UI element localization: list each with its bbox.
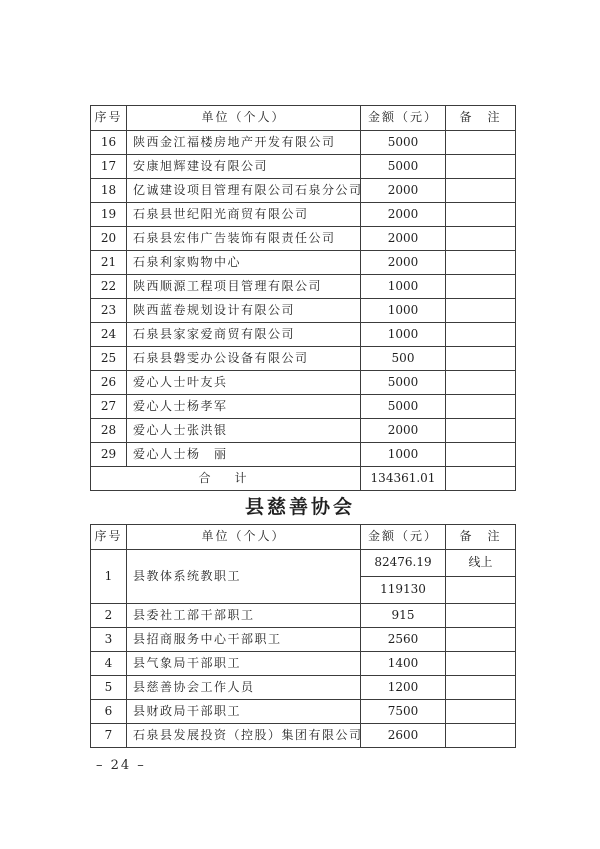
total-label: 合 计 (91, 467, 361, 491)
cell-unit: 石泉县宏伟广告装饰有限责任公司 (127, 227, 361, 251)
cell-note (446, 227, 516, 251)
cell-note (446, 299, 516, 323)
table-row: 3县招商服务中心干部职工2560 (91, 628, 516, 652)
cell-unit: 石泉县世纪阳光商贸有限公司 (127, 203, 361, 227)
cell-no: 19 (91, 203, 127, 227)
cell-amount: 2560 (361, 628, 446, 652)
cell-amount: 7500 (361, 700, 446, 724)
cell-amount: 2600 (361, 724, 446, 748)
cell-unit: 陕西金江福楼房地产开发有限公司 (127, 131, 361, 155)
cell-note (446, 467, 516, 491)
cell-no: 25 (91, 347, 127, 371)
cell-no: 18 (91, 179, 127, 203)
cell-amount: 1000 (361, 299, 446, 323)
header-no: 序号 (91, 106, 127, 131)
cell-note: 线上 (446, 550, 516, 577)
table-row-merged-top: 1 县教体系统教职工 82476.19 线上 (91, 550, 516, 577)
table-row: 16陕西金江福楼房地产开发有限公司5000 (91, 131, 516, 155)
cell-note (446, 179, 516, 203)
table-row: 19石泉县世纪阳光商贸有限公司2000 (91, 203, 516, 227)
cell-no: 24 (91, 323, 127, 347)
cell-amount: 1000 (361, 275, 446, 299)
table-row: 18亿诚建设项目管理有限公司石泉分公司2000 (91, 179, 516, 203)
table-row: 24石泉县家家爱商贸有限公司1000 (91, 323, 516, 347)
cell-amount: 5000 (361, 371, 446, 395)
donation-table-1: 序号 单位（个人） 金额（元） 备 注 16陕西金江福楼房地产开发有限公司500… (90, 105, 516, 491)
cell-note (446, 395, 516, 419)
cell-note (446, 724, 516, 748)
table-header-row: 序号 单位（个人） 金额（元） 备 注 (91, 525, 516, 550)
header-unit: 单位（个人） (127, 525, 361, 550)
cell-unit: 石泉县家家爱商贸有限公司 (127, 323, 361, 347)
header-note: 备 注 (446, 106, 516, 131)
cell-unit: 县招商服务中心干部职工 (127, 628, 361, 652)
cell-unit: 石泉县发展投资（控股）集团有限公司职工 (127, 724, 361, 748)
page-number: – 24 – (96, 758, 146, 773)
cell-note (446, 275, 516, 299)
cell-amount: 1000 (361, 443, 446, 467)
cell-amount: 119130 (361, 577, 446, 604)
cell-unit: 爱心人士叶友兵 (127, 371, 361, 395)
cell-unit: 陕西顺源工程项目管理有限公司 (127, 275, 361, 299)
cell-note (446, 251, 516, 275)
header-unit: 单位（个人） (127, 106, 361, 131)
cell-note (446, 371, 516, 395)
cell-note (446, 628, 516, 652)
cell-note (446, 676, 516, 700)
cell-amount: 915 (361, 604, 446, 628)
cell-unit: 安康旭辉建设有限公司 (127, 155, 361, 179)
cell-no: 7 (91, 724, 127, 748)
cell-no: 2 (91, 604, 127, 628)
cell-unit: 县财政局干部职工 (127, 700, 361, 724)
cell-amount: 5000 (361, 155, 446, 179)
cell-note (446, 419, 516, 443)
table-row: 2县委社工部干部职工915 (91, 604, 516, 628)
table-row: 26爱心人士叶友兵5000 (91, 371, 516, 395)
table-row: 27爱心人士杨孝军5000 (91, 395, 516, 419)
cell-note (446, 347, 516, 371)
table-row: 7石泉县发展投资（控股）集团有限公司职工2600 (91, 724, 516, 748)
cell-no: 26 (91, 371, 127, 395)
table-row: 17安康旭辉建设有限公司5000 (91, 155, 516, 179)
cell-unit: 县委社工部干部职工 (127, 604, 361, 628)
cell-unit: 县教体系统教职工 (127, 550, 361, 604)
table-row: 25石泉县磐雯办公设备有限公司500 (91, 347, 516, 371)
cell-no: 23 (91, 299, 127, 323)
cell-unit: 县慈善协会工作人员 (127, 676, 361, 700)
table-row: 29爱心人士杨 丽1000 (91, 443, 516, 467)
cell-no: 17 (91, 155, 127, 179)
cell-unit: 爱心人士杨 丽 (127, 443, 361, 467)
cell-note (446, 604, 516, 628)
total-amount: 134361.01 (361, 467, 446, 491)
header-note: 备 注 (446, 525, 516, 550)
cell-no: 6 (91, 700, 127, 724)
total-row: 合 计 134361.01 (91, 467, 516, 491)
header-amount: 金额（元） (361, 525, 446, 550)
cell-no: 22 (91, 275, 127, 299)
cell-no: 4 (91, 652, 127, 676)
cell-amount: 500 (361, 347, 446, 371)
table-row: 23陕西蓝卷规划设计有限公司1000 (91, 299, 516, 323)
cell-amount: 1200 (361, 676, 446, 700)
cell-note (446, 155, 516, 179)
table-header-row: 序号 单位（个人） 金额（元） 备 注 (91, 106, 516, 131)
cell-amount: 2000 (361, 203, 446, 227)
table-row: 22陕西顺源工程项目管理有限公司1000 (91, 275, 516, 299)
donation-table-2: 序号 单位（个人） 金额（元） 备 注 1 县教体系统教职工 82476.19 … (90, 524, 516, 748)
cell-no: 21 (91, 251, 127, 275)
cell-amount: 82476.19 (361, 550, 446, 577)
cell-unit: 爱心人士杨孝军 (127, 395, 361, 419)
table-row: 28爱心人士张洪银2000 (91, 419, 516, 443)
cell-note (446, 443, 516, 467)
cell-amount: 1400 (361, 652, 446, 676)
cell-unit: 石泉利家购物中心 (127, 251, 361, 275)
cell-no: 20 (91, 227, 127, 251)
table-row: 5县慈善协会工作人员1200 (91, 676, 516, 700)
section-title: 县慈善协会 (0, 492, 600, 519)
cell-amount: 5000 (361, 395, 446, 419)
cell-note (446, 700, 516, 724)
header-amount: 金额（元） (361, 106, 446, 131)
cell-no: 1 (91, 550, 127, 604)
cell-amount: 1000 (361, 323, 446, 347)
header-no: 序号 (91, 525, 127, 550)
cell-note (446, 652, 516, 676)
cell-amount: 2000 (361, 179, 446, 203)
cell-no: 5 (91, 676, 127, 700)
cell-no: 16 (91, 131, 127, 155)
cell-unit: 县气象局干部职工 (127, 652, 361, 676)
cell-no: 28 (91, 419, 127, 443)
cell-amount: 5000 (361, 131, 446, 155)
cell-note (446, 203, 516, 227)
cell-amount: 2000 (361, 227, 446, 251)
table-row: 4县气象局干部职工1400 (91, 652, 516, 676)
cell-unit: 陕西蓝卷规划设计有限公司 (127, 299, 361, 323)
cell-amount: 2000 (361, 251, 446, 275)
table-row: 21石泉利家购物中心2000 (91, 251, 516, 275)
cell-no: 3 (91, 628, 127, 652)
cell-unit: 亿诚建设项目管理有限公司石泉分公司 (127, 179, 361, 203)
cell-note (446, 577, 516, 604)
cell-unit: 石泉县磐雯办公设备有限公司 (127, 347, 361, 371)
cell-amount: 2000 (361, 419, 446, 443)
cell-note (446, 323, 516, 347)
table-row: 20石泉县宏伟广告装饰有限责任公司2000 (91, 227, 516, 251)
table-row: 6县财政局干部职工7500 (91, 700, 516, 724)
cell-unit: 爱心人士张洪银 (127, 419, 361, 443)
cell-no: 27 (91, 395, 127, 419)
cell-note (446, 131, 516, 155)
cell-no: 29 (91, 443, 127, 467)
document-page: 序号 单位（个人） 金额（元） 备 注 16陕西金江福楼房地产开发有限公司500… (0, 0, 600, 849)
